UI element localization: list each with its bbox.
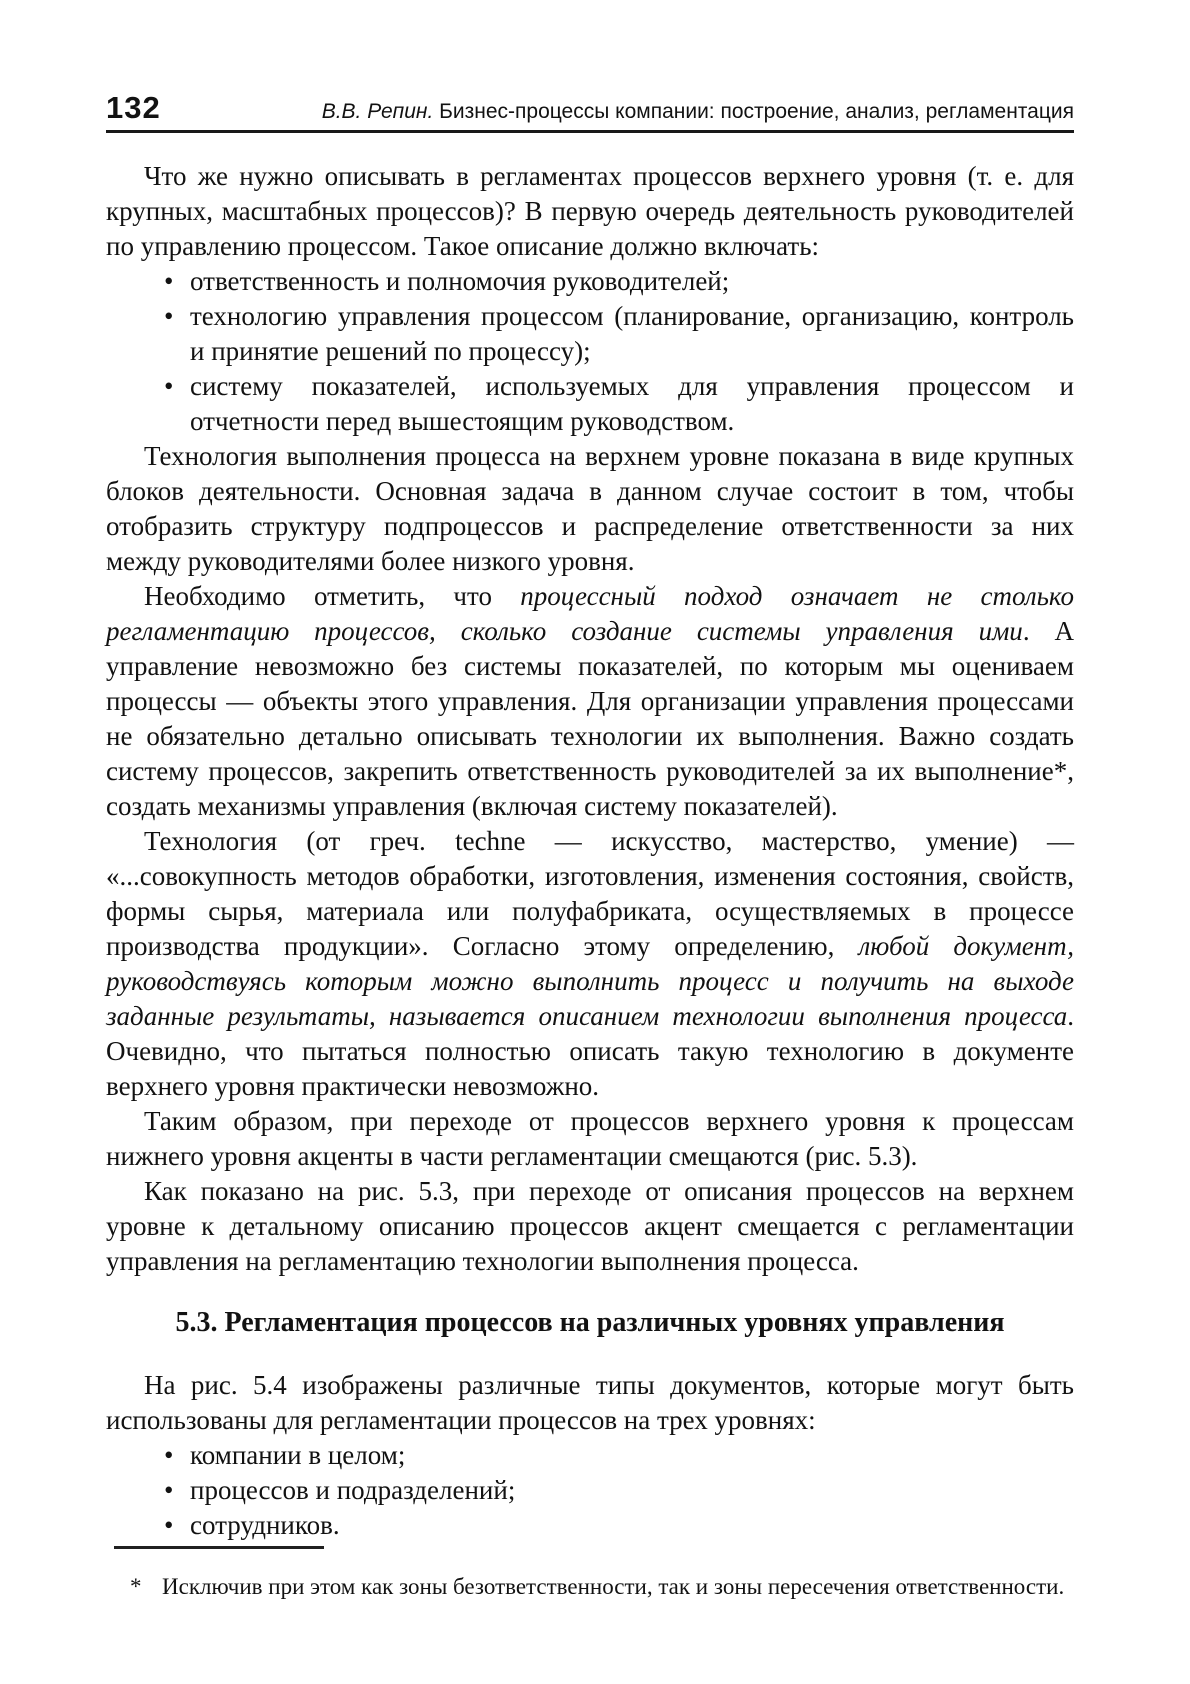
running-title-author: В.В. Репин. — [322, 100, 434, 123]
running-title: В.В. Репин. Бизнес-процессы компании: по… — [322, 101, 1074, 122]
running-title-text: Бизнес-процессы компании: построение, ан… — [433, 100, 1074, 123]
list-item: процессов и подразделений; — [190, 1473, 1074, 1508]
paragraph-2: Технология выполнения процесса на верхне… — [106, 439, 1074, 579]
footnote-area: * Исключив при этом как зоны безответств… — [106, 1546, 1074, 1602]
paragraph-7: На рис. 5.4 изображены различные типы до… — [106, 1368, 1074, 1438]
paragraph-6: Как показано на рис. 5.3, при переходе о… — [106, 1174, 1074, 1279]
list-item-text: сотрудников. — [190, 1510, 340, 1540]
list-item: компании в целом; — [190, 1438, 1074, 1473]
list-item: технологию управления процессом (планиро… — [190, 299, 1074, 369]
paragraph-6-text: Как показано на рис. 5.3, при переходе о… — [106, 1176, 1074, 1276]
running-header: 132 В.В. Репин. Бизнес-процессы компании… — [106, 92, 1074, 133]
paragraph-3-text: Необходимо отметить, что — [144, 581, 520, 611]
paragraph-1-text: Что же нужно описывать в регламентах про… — [106, 161, 1074, 261]
book-page: 132 В.В. Репин. Бизнес-процессы компании… — [0, 0, 1190, 1684]
paragraph-5-text: Таким образом, при переходе от процессов… — [106, 1106, 1074, 1171]
footnote-rule — [114, 1546, 324, 1549]
footnote-marker: * — [130, 1572, 162, 1602]
paragraph-5: Таким образом, при переходе от процессов… — [106, 1104, 1074, 1174]
paragraph-2-text: Технология выполнения процесса на верхне… — [106, 441, 1074, 576]
page-number: 132 — [106, 92, 161, 123]
list-item-text: технологию управления процессом (планиро… — [190, 301, 1074, 366]
list-item-text: процессов и подразделений; — [190, 1475, 515, 1505]
paragraph-4: Технология (от греч. techne — искусство,… — [106, 824, 1074, 1104]
paragraph-1: Что же нужно описывать в регламентах про… — [106, 159, 1074, 264]
bullet-list-1: ответственность и полномочия руководител… — [106, 264, 1074, 439]
paragraph-7-text: На рис. 5.4 изображены различные типы до… — [106, 1370, 1074, 1435]
list-item-text: ответственность и полномочия руководител… — [190, 266, 729, 296]
list-item-text: систему показателей, используемых для уп… — [190, 371, 1074, 436]
footnote: * Исключив при этом как зоны безответств… — [106, 1572, 1074, 1602]
bullet-list-2: компании в целом; процессов и подразделе… — [106, 1438, 1074, 1543]
paragraph-3: Необходимо отметить, что процессный подх… — [106, 579, 1074, 824]
paragraph-3-text: . А управление невозможно без системы по… — [106, 616, 1074, 821]
page-body: Что же нужно описывать в регламентах про… — [106, 159, 1074, 1543]
footnote-text: Исключив при этом как зоны безответствен… — [162, 1572, 1074, 1602]
section-heading: 5.3. Регламентация процессов на различны… — [106, 1305, 1074, 1340]
list-item-text: компании в целом; — [190, 1440, 405, 1470]
list-item: ответственность и полномочия руководител… — [190, 264, 1074, 299]
list-item: систему показателей, используемых для уп… — [190, 369, 1074, 439]
list-item: сотрудников. — [190, 1508, 1074, 1543]
